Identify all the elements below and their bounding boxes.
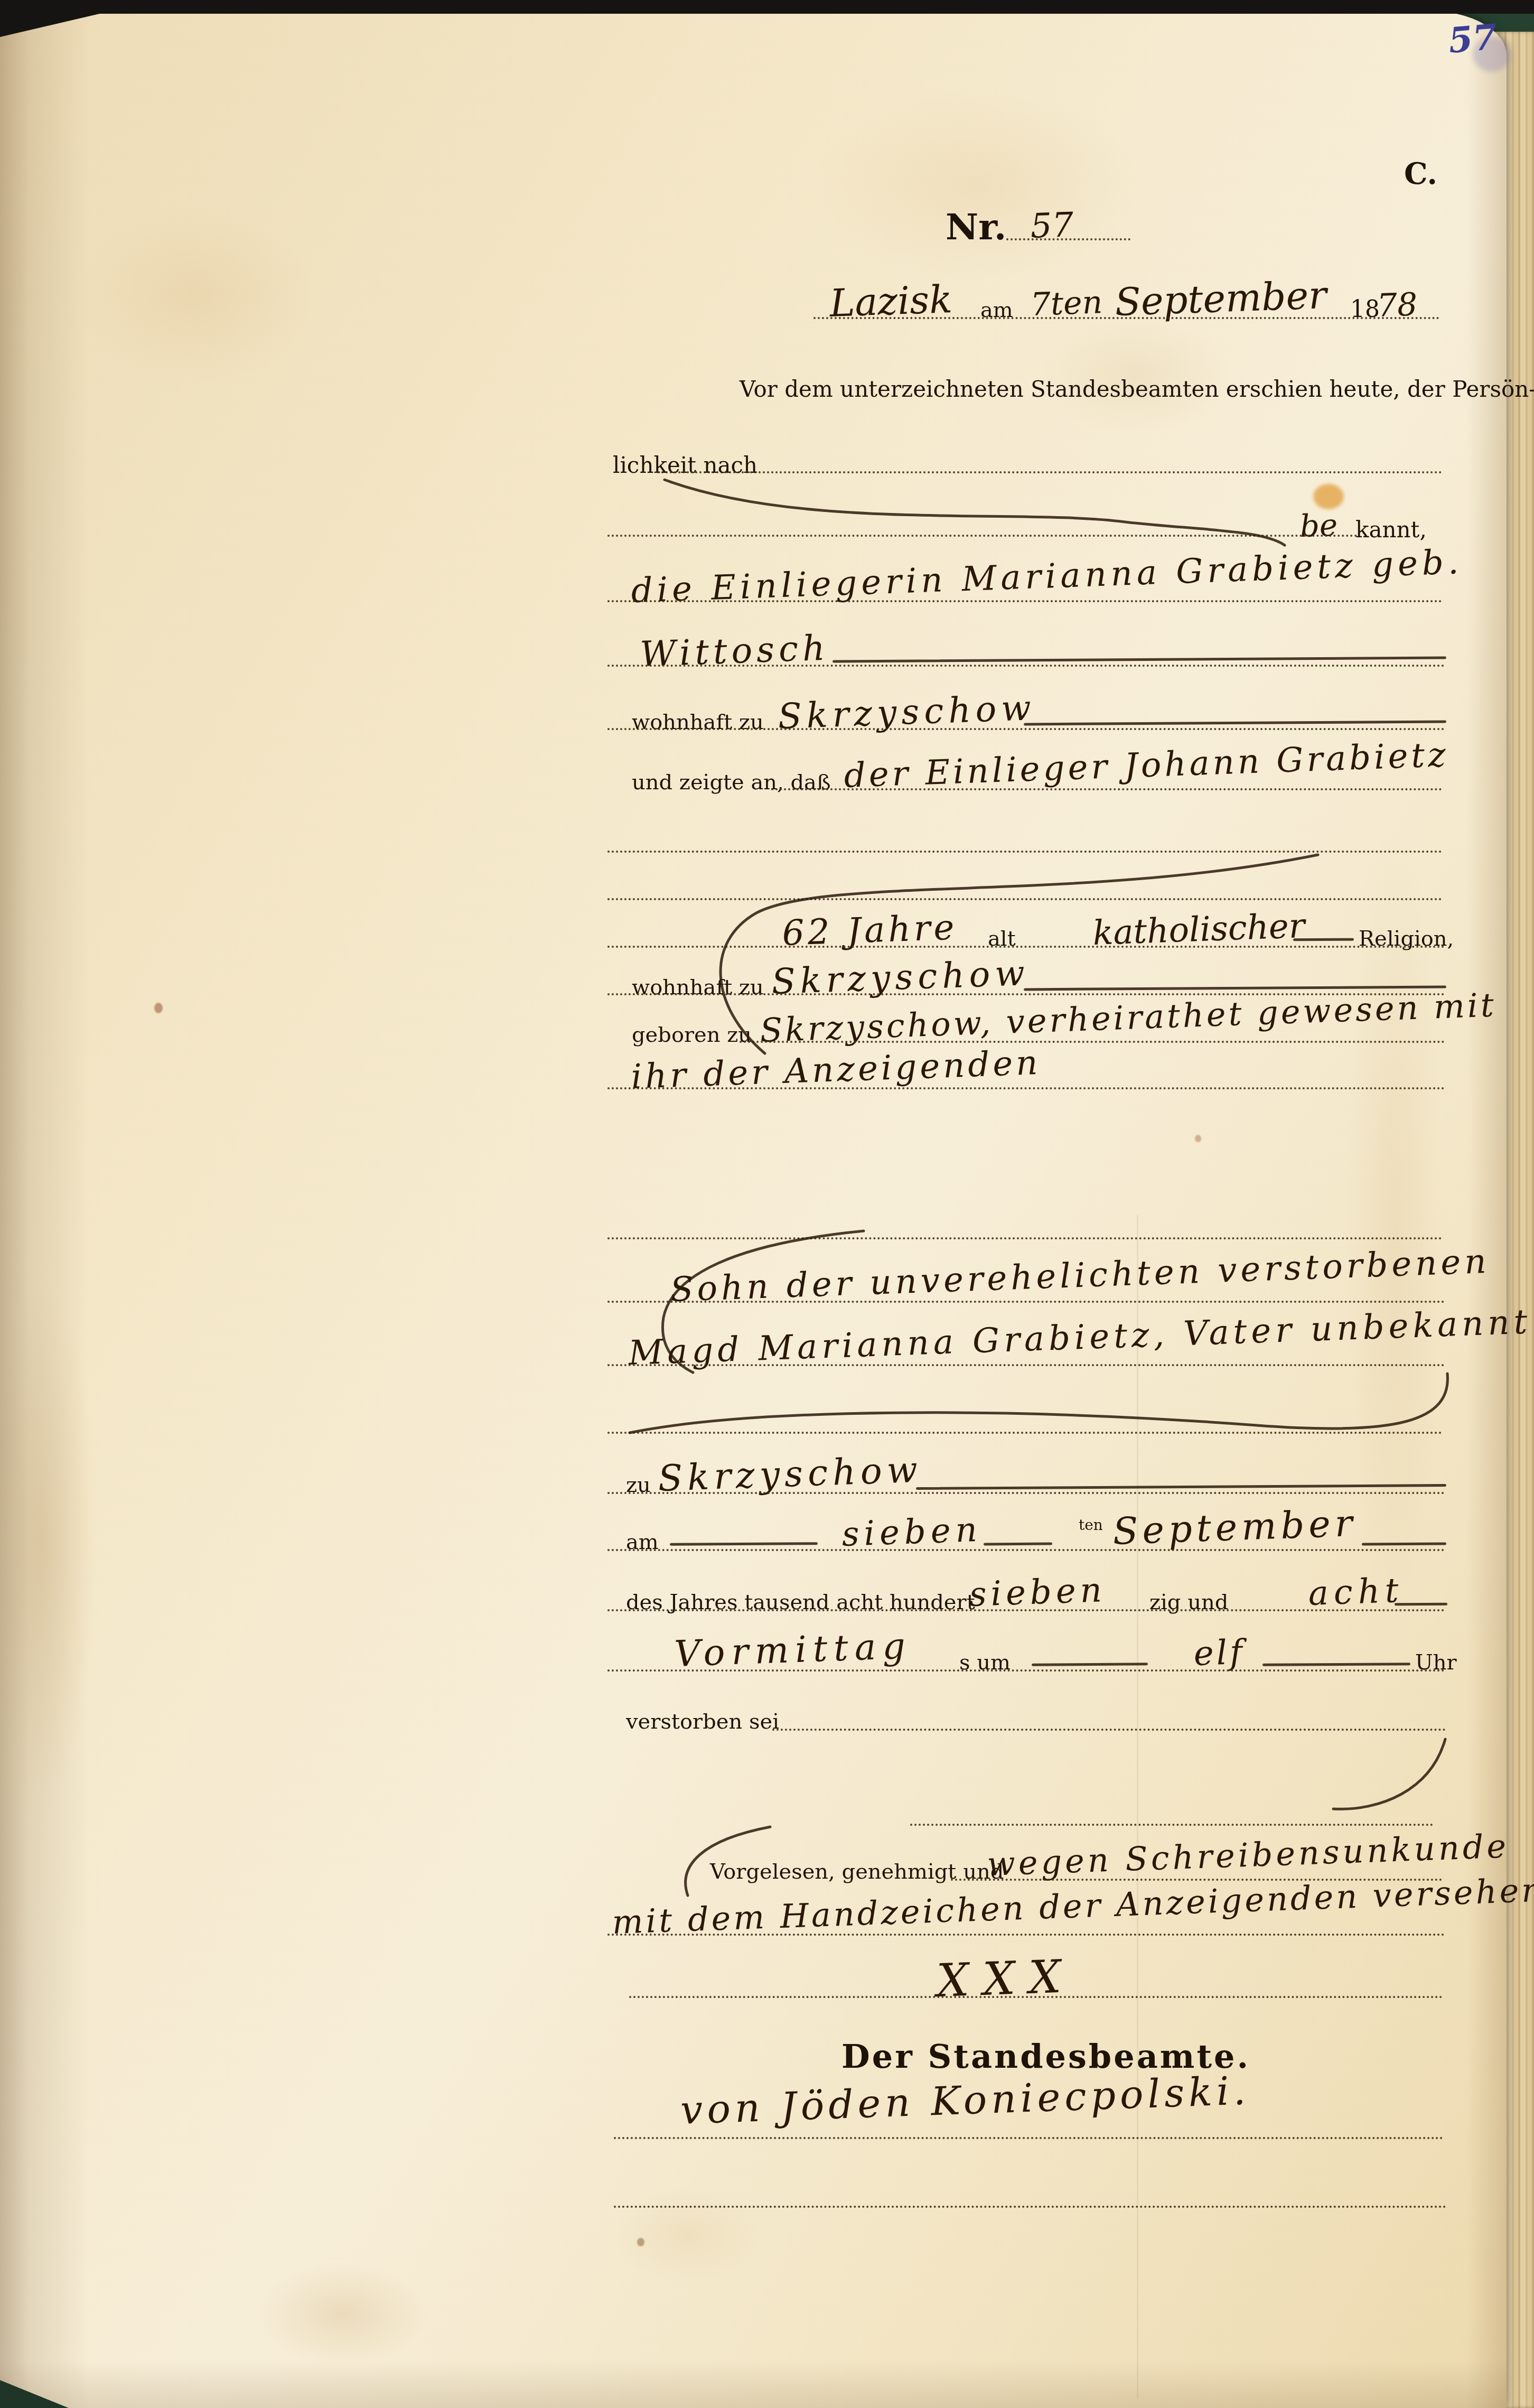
dotted-line (607, 1301, 1445, 1303)
dotted-line (607, 1432, 1442, 1434)
dotted-line (657, 471, 1442, 473)
dotted-line (772, 1729, 1446, 1731)
stain-orange (1313, 484, 1344, 509)
deceased-residence-label: wohnhaft zu (632, 975, 764, 1000)
dotted-line (607, 728, 1445, 730)
dotted-line (813, 317, 1439, 319)
declarant-line-2: Wittosch (639, 628, 829, 675)
death-year-tens: sieben (968, 1571, 1107, 1614)
dotted-line (607, 600, 1442, 602)
dotted-line (607, 1609, 1445, 1611)
report-label: und zeigte an, daß (632, 770, 831, 795)
dotted-line (740, 1041, 1445, 1043)
dotted-line (614, 2206, 1446, 2208)
pen-line (984, 1543, 1052, 1546)
pen-line (1395, 1603, 1447, 1606)
dotted-line (607, 665, 1445, 667)
death-date-month: September (1112, 1501, 1357, 1553)
dotted-line (607, 1934, 1445, 1936)
declarant-residence-label: wohnhaft zu (632, 710, 764, 734)
dotted-line (1006, 238, 1130, 240)
paper-page (0, 11, 1507, 2408)
death-time-daypart: Vormittag (674, 1625, 912, 1675)
record-no-label: Nr. (946, 206, 1006, 248)
intro-line-2: lichkeit nach (613, 452, 757, 478)
dotted-line (607, 1492, 1445, 1494)
stain-fleck (637, 2238, 644, 2246)
death-date-ten-label: ten (1079, 1516, 1103, 1534)
death-date-day: sieben (841, 1510, 983, 1554)
witness-marks: XXX (936, 1950, 1076, 2008)
pen-line (1293, 938, 1354, 941)
dotted-line (607, 946, 1445, 948)
dotted-line (771, 788, 1442, 790)
binding-top-edge (0, 0, 1534, 14)
known-printed: kannt, (1355, 517, 1427, 543)
verstorben-label: verstorben sei (626, 1710, 779, 1734)
dotted-line (910, 1824, 1433, 1826)
dotted-line (607, 851, 1442, 853)
register-scan: 57 C. Nr. 57 Lazisk am 7ten September 18… (0, 0, 1534, 2408)
dotted-line (607, 535, 1358, 537)
paper-crease (1137, 1215, 1138, 2398)
pen-line (1362, 1543, 1446, 1546)
known-handwritten: be (1299, 507, 1339, 544)
dotted-line (614, 2137, 1443, 2139)
page-number-handwritten: 57 (1447, 16, 1499, 61)
dotted-line (629, 1996, 1443, 1998)
dotted-line (607, 1087, 1445, 1089)
intro-line-1: Vor dem unterzeichneten Standesbeamten e… (740, 376, 1534, 402)
section-letter: C. (1404, 156, 1437, 191)
death-time-hour: elf (1193, 1633, 1246, 1674)
stain-fleck (1195, 1135, 1201, 1142)
dotted-line (607, 1237, 1442, 1239)
stain-fleck (154, 1003, 163, 1013)
dotted-line (607, 1549, 1445, 1551)
dotted-line (607, 1669, 1445, 1672)
death-year-ones: acht (1307, 1571, 1404, 1613)
dotted-line (607, 1364, 1445, 1366)
dotted-line (607, 898, 1442, 900)
birth-label: geboren zu (632, 1023, 752, 1047)
